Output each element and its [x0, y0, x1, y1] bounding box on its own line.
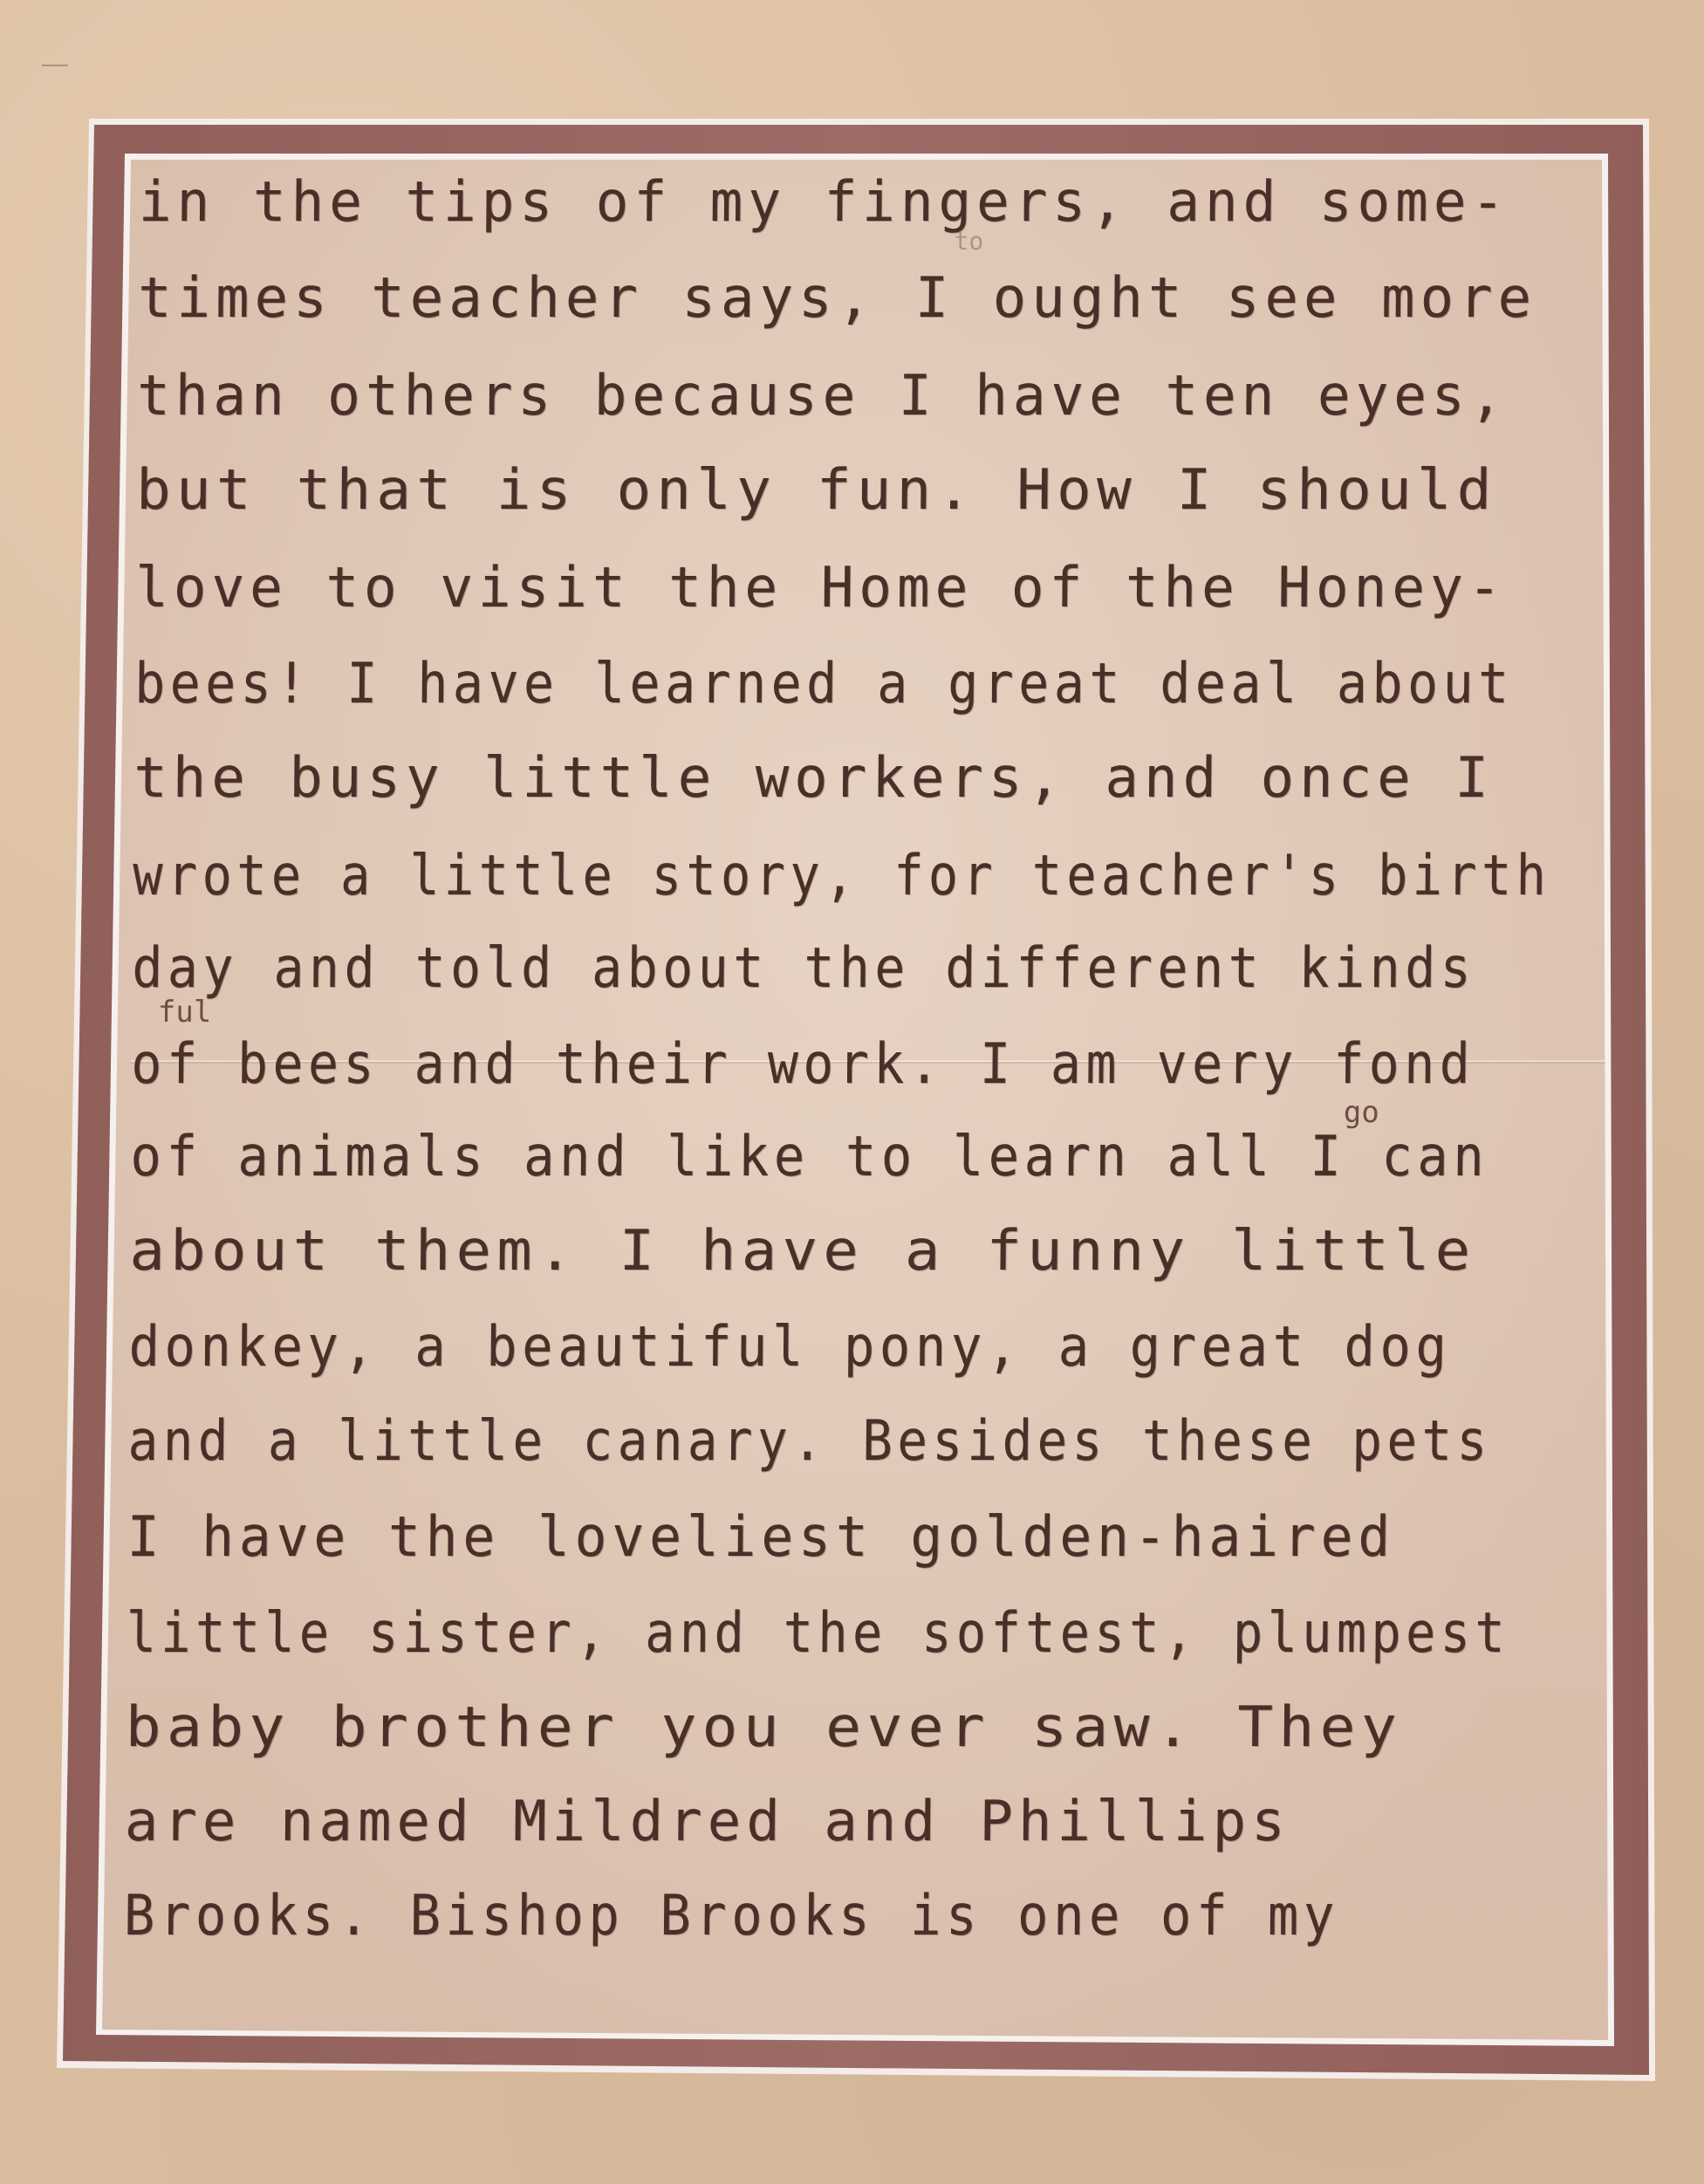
- letter-line: little sister, and the softest, plumpest: [126, 1605, 1509, 1661]
- letter-line: than others because I have ten eyes,: [137, 368, 1509, 424]
- letter-line: day and told about the different kinds: [132, 941, 1475, 996]
- letter-line: Brooks. Bishop Brooks is one of my: [124, 1888, 1339, 1944]
- letter-line: love to visit the Home of the Honey-: [135, 560, 1507, 616]
- inserted-word: ful: [158, 995, 212, 1030]
- letter-line: are named Mildred and Phillips: [124, 1794, 1290, 1850]
- letter-line: wrote a little story, for teacher's birt…: [133, 848, 1551, 904]
- letter-line: about them. I have a funny little: [129, 1223, 1476, 1279]
- handwritten-letter: in the tips of my fingers, and some- tim…: [123, 175, 1614, 2024]
- letter-line: but that is only fun. How I should: [136, 462, 1497, 518]
- letter-line: and a little canary. Besides these pets: [127, 1414, 1492, 1469]
- letter-line: I have the loveliest golden-haired: [127, 1510, 1395, 1565]
- letter-line: times teacher says, I ought see more: [138, 270, 1537, 326]
- letter-line: in the tips of my fingers, and some-: [139, 175, 1510, 230]
- letter-line: bees! I have learned a great deal about: [134, 656, 1514, 712]
- letter-line: the busy little workers, and once I: [133, 750, 1494, 806]
- letter-line: donkey, a beautiful pony, a great dog: [128, 1319, 1451, 1375]
- inserted-word: to: [954, 227, 983, 256]
- letter-line: baby brother you ever saw. They: [125, 1700, 1402, 1756]
- mat-pencil-mark: [42, 65, 68, 66]
- inserted-word: go: [1344, 1095, 1379, 1130]
- letter-line: of bees and their work. I am very fond: [131, 1037, 1475, 1092]
- letter-line: of animals and like to learn all I can: [130, 1129, 1488, 1185]
